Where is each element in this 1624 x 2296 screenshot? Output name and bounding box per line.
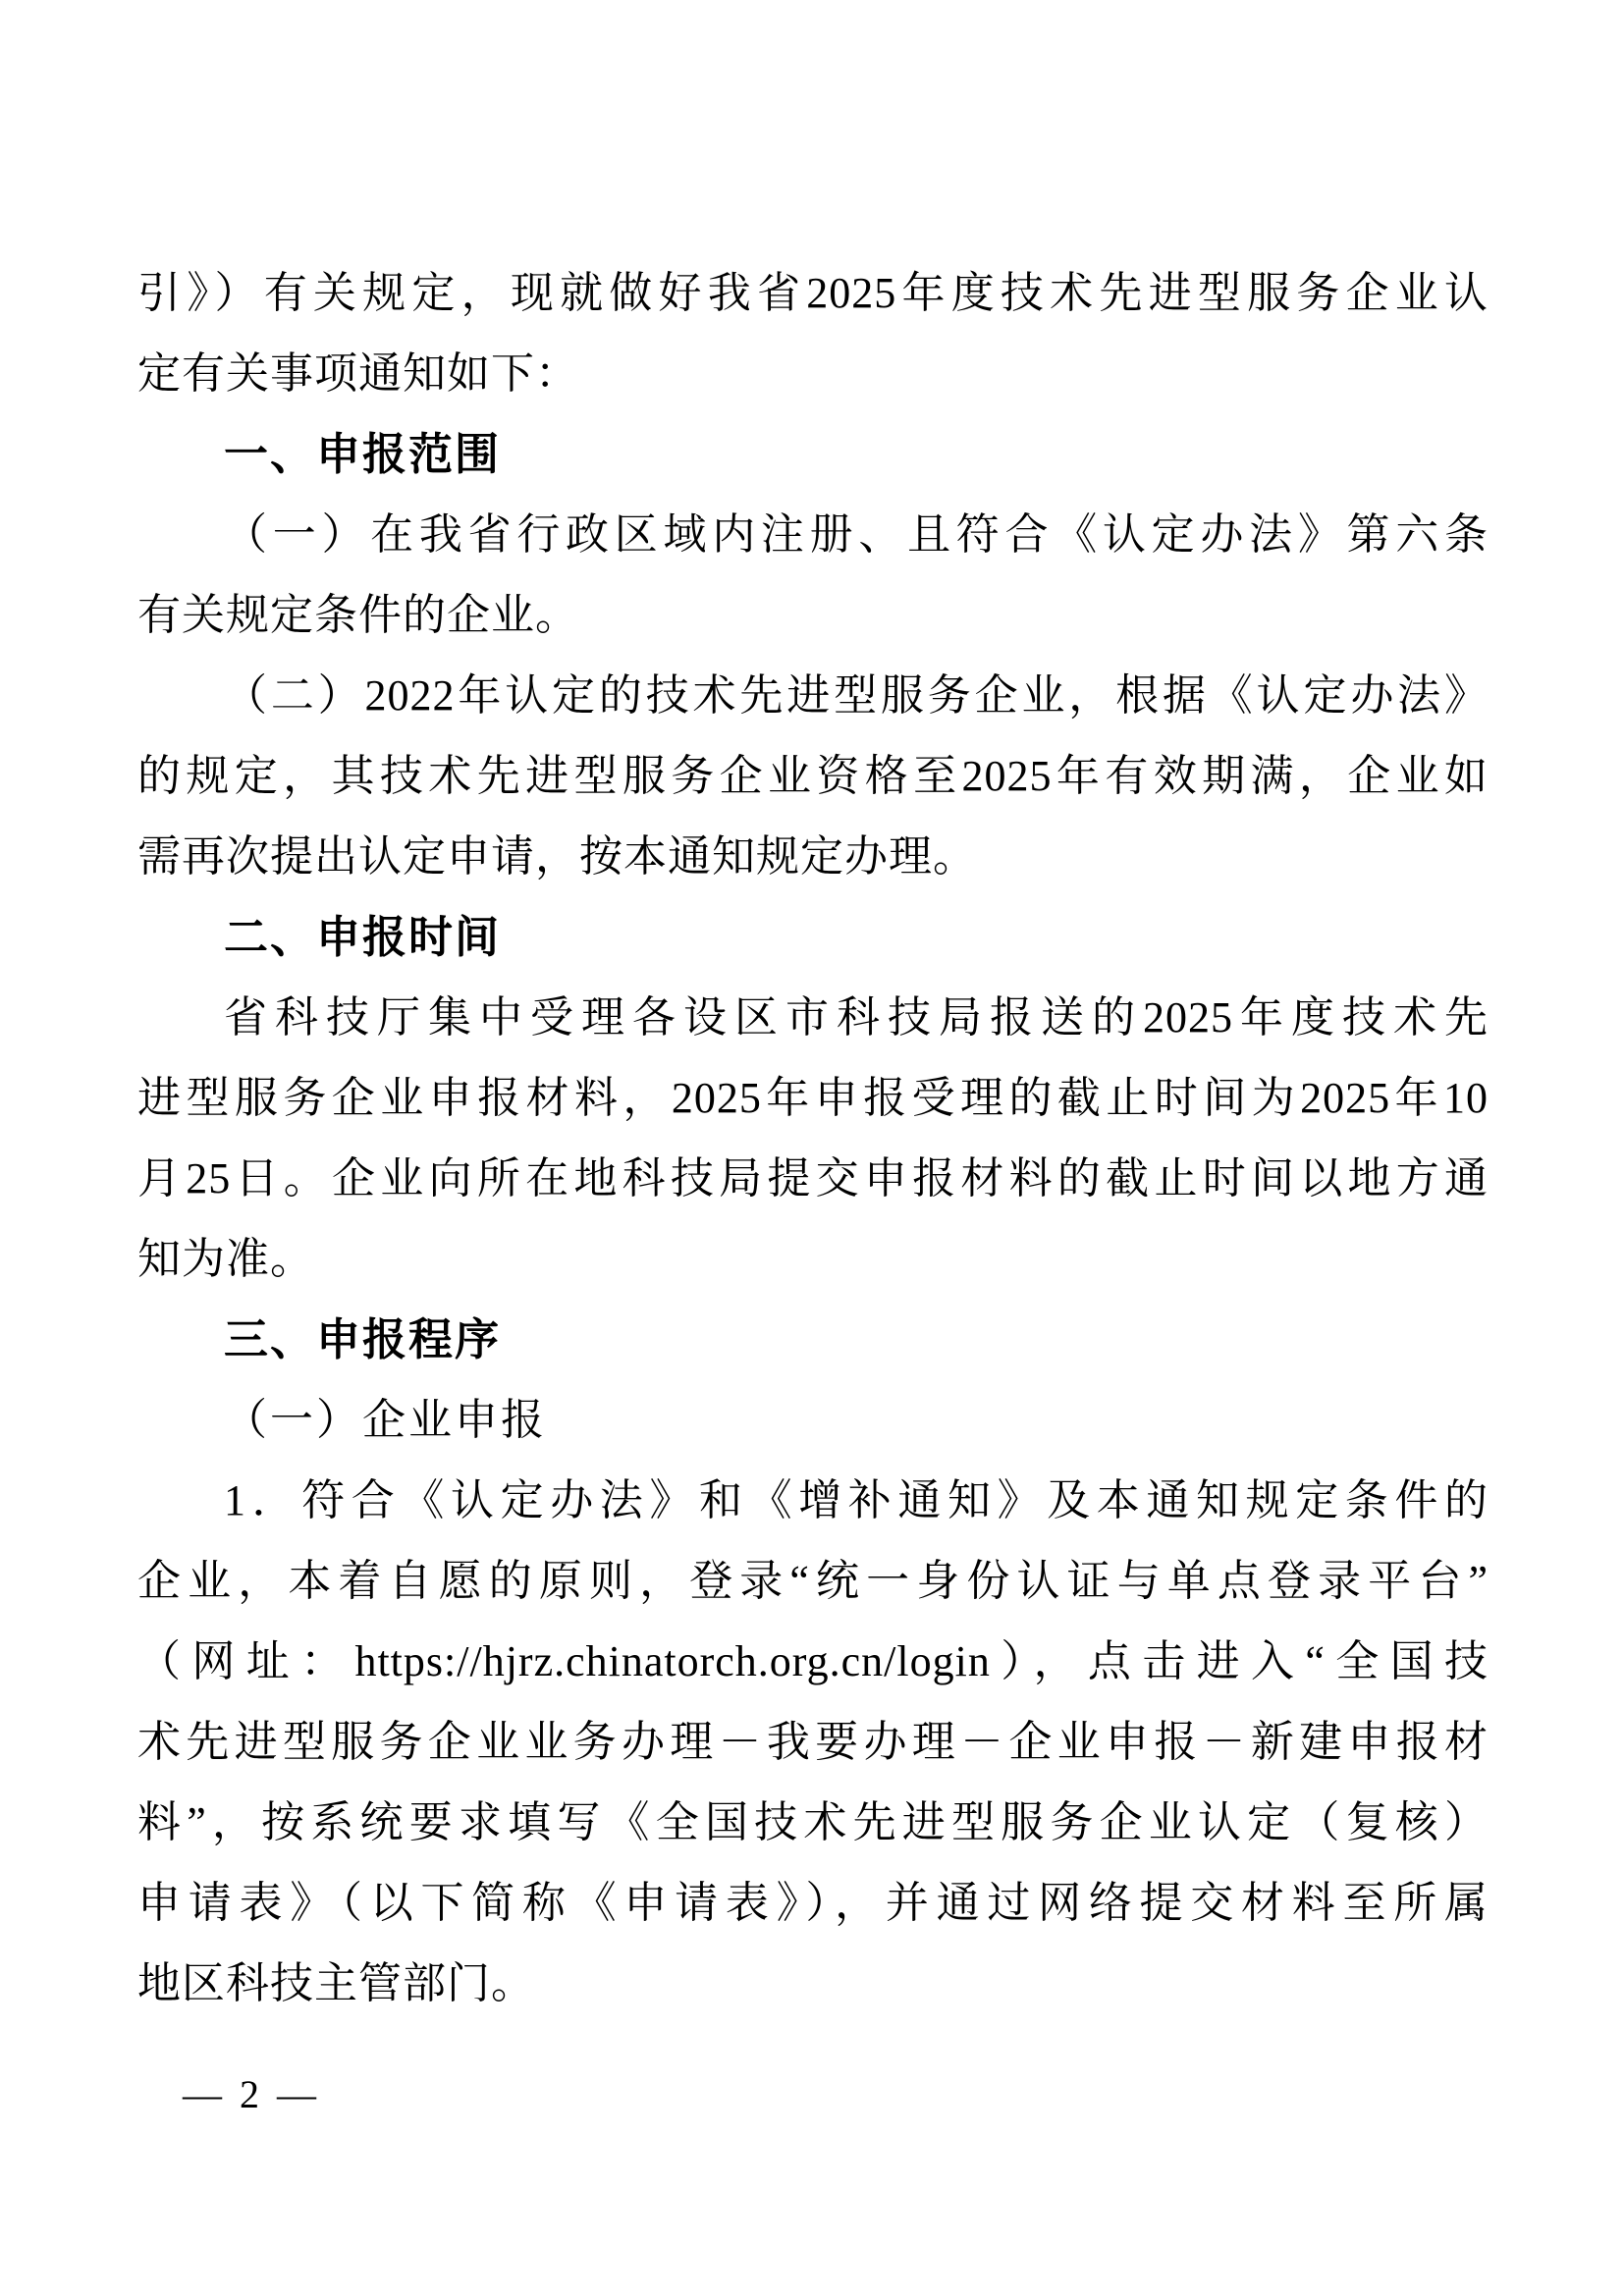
- text-line: 申请表》（以下简称《申请表》），并通过网络提交材料至所属: [137, 1863, 1489, 1944]
- text-line: 引》）有关规定，现就做好我省2025年度技术先进型服务企业认: [137, 253, 1489, 334]
- text-line: 有关规定条件的企业。: [137, 575, 1489, 656]
- text-line: 1．符合《认定办法》和《增补通知》及本通知规定条件的: [137, 1461, 1489, 1541]
- text-line: 进型服务企业申报材料，2025年申报受理的截止时间为2025年10: [137, 1058, 1489, 1139]
- document-body: 引》）有关规定，现就做好我省2025年度技术先进型服务企业认 定有关事项通知如下…: [137, 253, 1489, 2024]
- text-line: 企业，本着自愿的原则，登录“统一身份认证与单点登录平台”: [137, 1541, 1489, 1622]
- text-line: 需再次提出认定申请，按本通知规定办理。: [137, 817, 1489, 897]
- section-heading-1: 一、申报范围: [137, 414, 1489, 495]
- section-heading-3: 三、申报程序: [137, 1300, 1489, 1380]
- text-line: 的规定，其技术先进型服务企业资格至2025年有效期满，企业如: [137, 736, 1489, 817]
- section-heading-2: 二、申报时间: [137, 897, 1489, 978]
- text-line-url: （网址：https://hjrz.chinatorch.org.cn/login…: [137, 1622, 1489, 1702]
- text-line: 省科技厅集中受理各设区市科技局报送的2025年度技术先: [137, 978, 1489, 1058]
- text-line: 术先进型服务企业业务办理－我要办理－企业申报－新建申报材: [137, 1702, 1489, 1783]
- text-line: 料”，按系统要求填写《全国技术先进型服务企业认定（复核）: [137, 1783, 1489, 1863]
- page-number: — 2 —: [183, 2067, 320, 2122]
- text-line: 地区科技主管部门。: [137, 1944, 1489, 2024]
- text-line: （二）2022年认定的技术先进型服务企业，根据《认定办法》: [137, 656, 1489, 736]
- text-line: （一）在我省行政区域内注册、且符合《认定办法》第六条: [137, 495, 1489, 575]
- sub-heading: （一）企业申报: [137, 1380, 1489, 1461]
- text-line: 知为准。: [137, 1219, 1489, 1300]
- document-page: 引》）有关规定，现就做好我省2025年度技术先进型服务企业认 定有关事项通知如下…: [0, 0, 1624, 2296]
- text-line: 定有关事项通知如下：: [137, 334, 1489, 414]
- text-line: 月25日。企业向所在地科技局提交申报材料的截止时间以地方通: [137, 1139, 1489, 1219]
